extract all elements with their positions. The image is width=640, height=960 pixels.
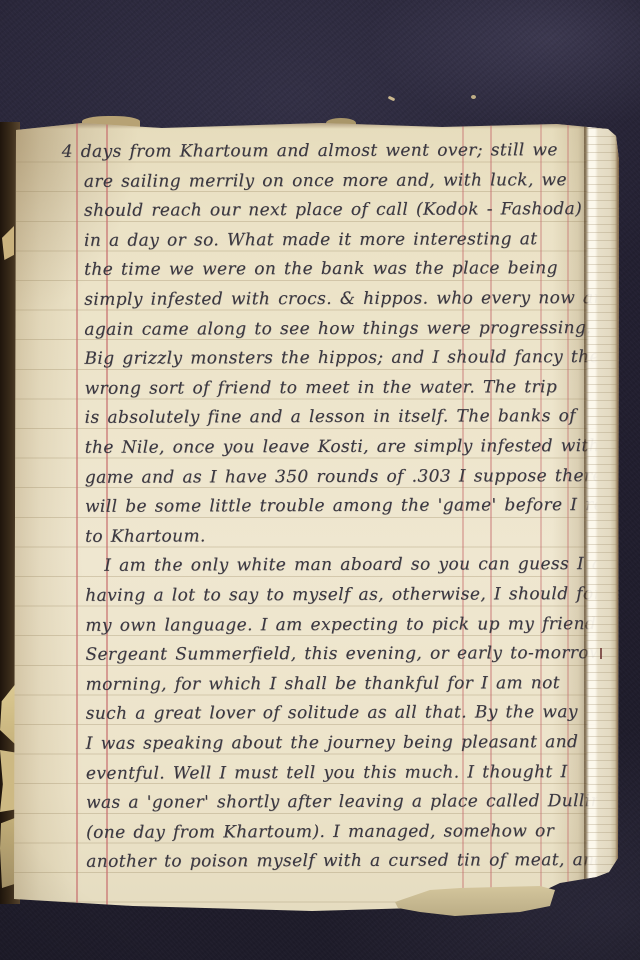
handwritten-line: was a 'goner' shortly after leaving a pl… (86, 793, 602, 812)
handwritten-line: will be some little trouble among the 'g… (85, 497, 640, 516)
diary-photograph: 4 days from Khartoum and almost went ove… (0, 0, 640, 960)
handwritten-line: the time we were on the bank was the pla… (84, 261, 558, 280)
handwritten-line: I am the only white man aboard so you ca… (104, 556, 619, 575)
handwritten-line: 4 days from Khartoum and almost went ove… (62, 142, 558, 161)
handwritten-line: again came along to see how things were … (84, 320, 592, 339)
torn-page-fragment (2, 226, 14, 260)
handwritten-line: is absolutely fine and a lesson in itsel… (85, 408, 576, 427)
diary-page: 4 days from Khartoum and almost went ove… (12, 120, 620, 912)
handwritten-line: such a great lover of solitude as all th… (86, 704, 578, 723)
edge-red-tick (600, 648, 602, 659)
handwritten-line: in a day or so. What made it more intere… (84, 231, 538, 250)
handwritten-line: Sergeant Summerfield, this evening, or e… (85, 645, 604, 664)
handwritten-line: I was speaking about the journey being p… (86, 734, 579, 753)
cloth-fiber-speck (388, 96, 396, 102)
handwritten-line: simply infested with crocs. & hippos. wh… (84, 290, 616, 309)
handwritten-line: my own language. I am expecting to pick … (85, 616, 602, 635)
handwritten-line: eventful. Well I must tell you this much… (86, 764, 568, 783)
handwritten-line: to Khartoum. (85, 528, 206, 545)
handwritten-line: Big grizzly monsters the hippos; and I s… (84, 349, 600, 368)
page-fore-edge (584, 120, 620, 912)
handwritten-line: should reach our next place of call (Kod… (84, 201, 582, 220)
handwritten-line: wrong sort of friend to meet in the wate… (85, 379, 558, 398)
handwritten-line: another to poison myself with a cursed t… (86, 852, 606, 871)
handwritten-line: game and as I have 350 rounds of .303 I … (85, 468, 603, 487)
handwritten-line: (one day from Khartoum). I managed, some… (86, 823, 554, 842)
handwriting-text: 4 days from Khartoum and almost went ove… (11, 119, 622, 913)
page-edge-stack (584, 120, 620, 912)
cloth-fiber-speck (471, 95, 476, 99)
handwritten-line: having a lot to say to myself as, otherw… (85, 586, 631, 605)
handwritten-line: morning, for which I shall be thankful f… (86, 675, 560, 694)
handwritten-line: the Nile, once you leave Kosti, are simp… (85, 438, 600, 457)
handwritten-line: are sailing merrily on once more and, wi… (84, 172, 567, 191)
